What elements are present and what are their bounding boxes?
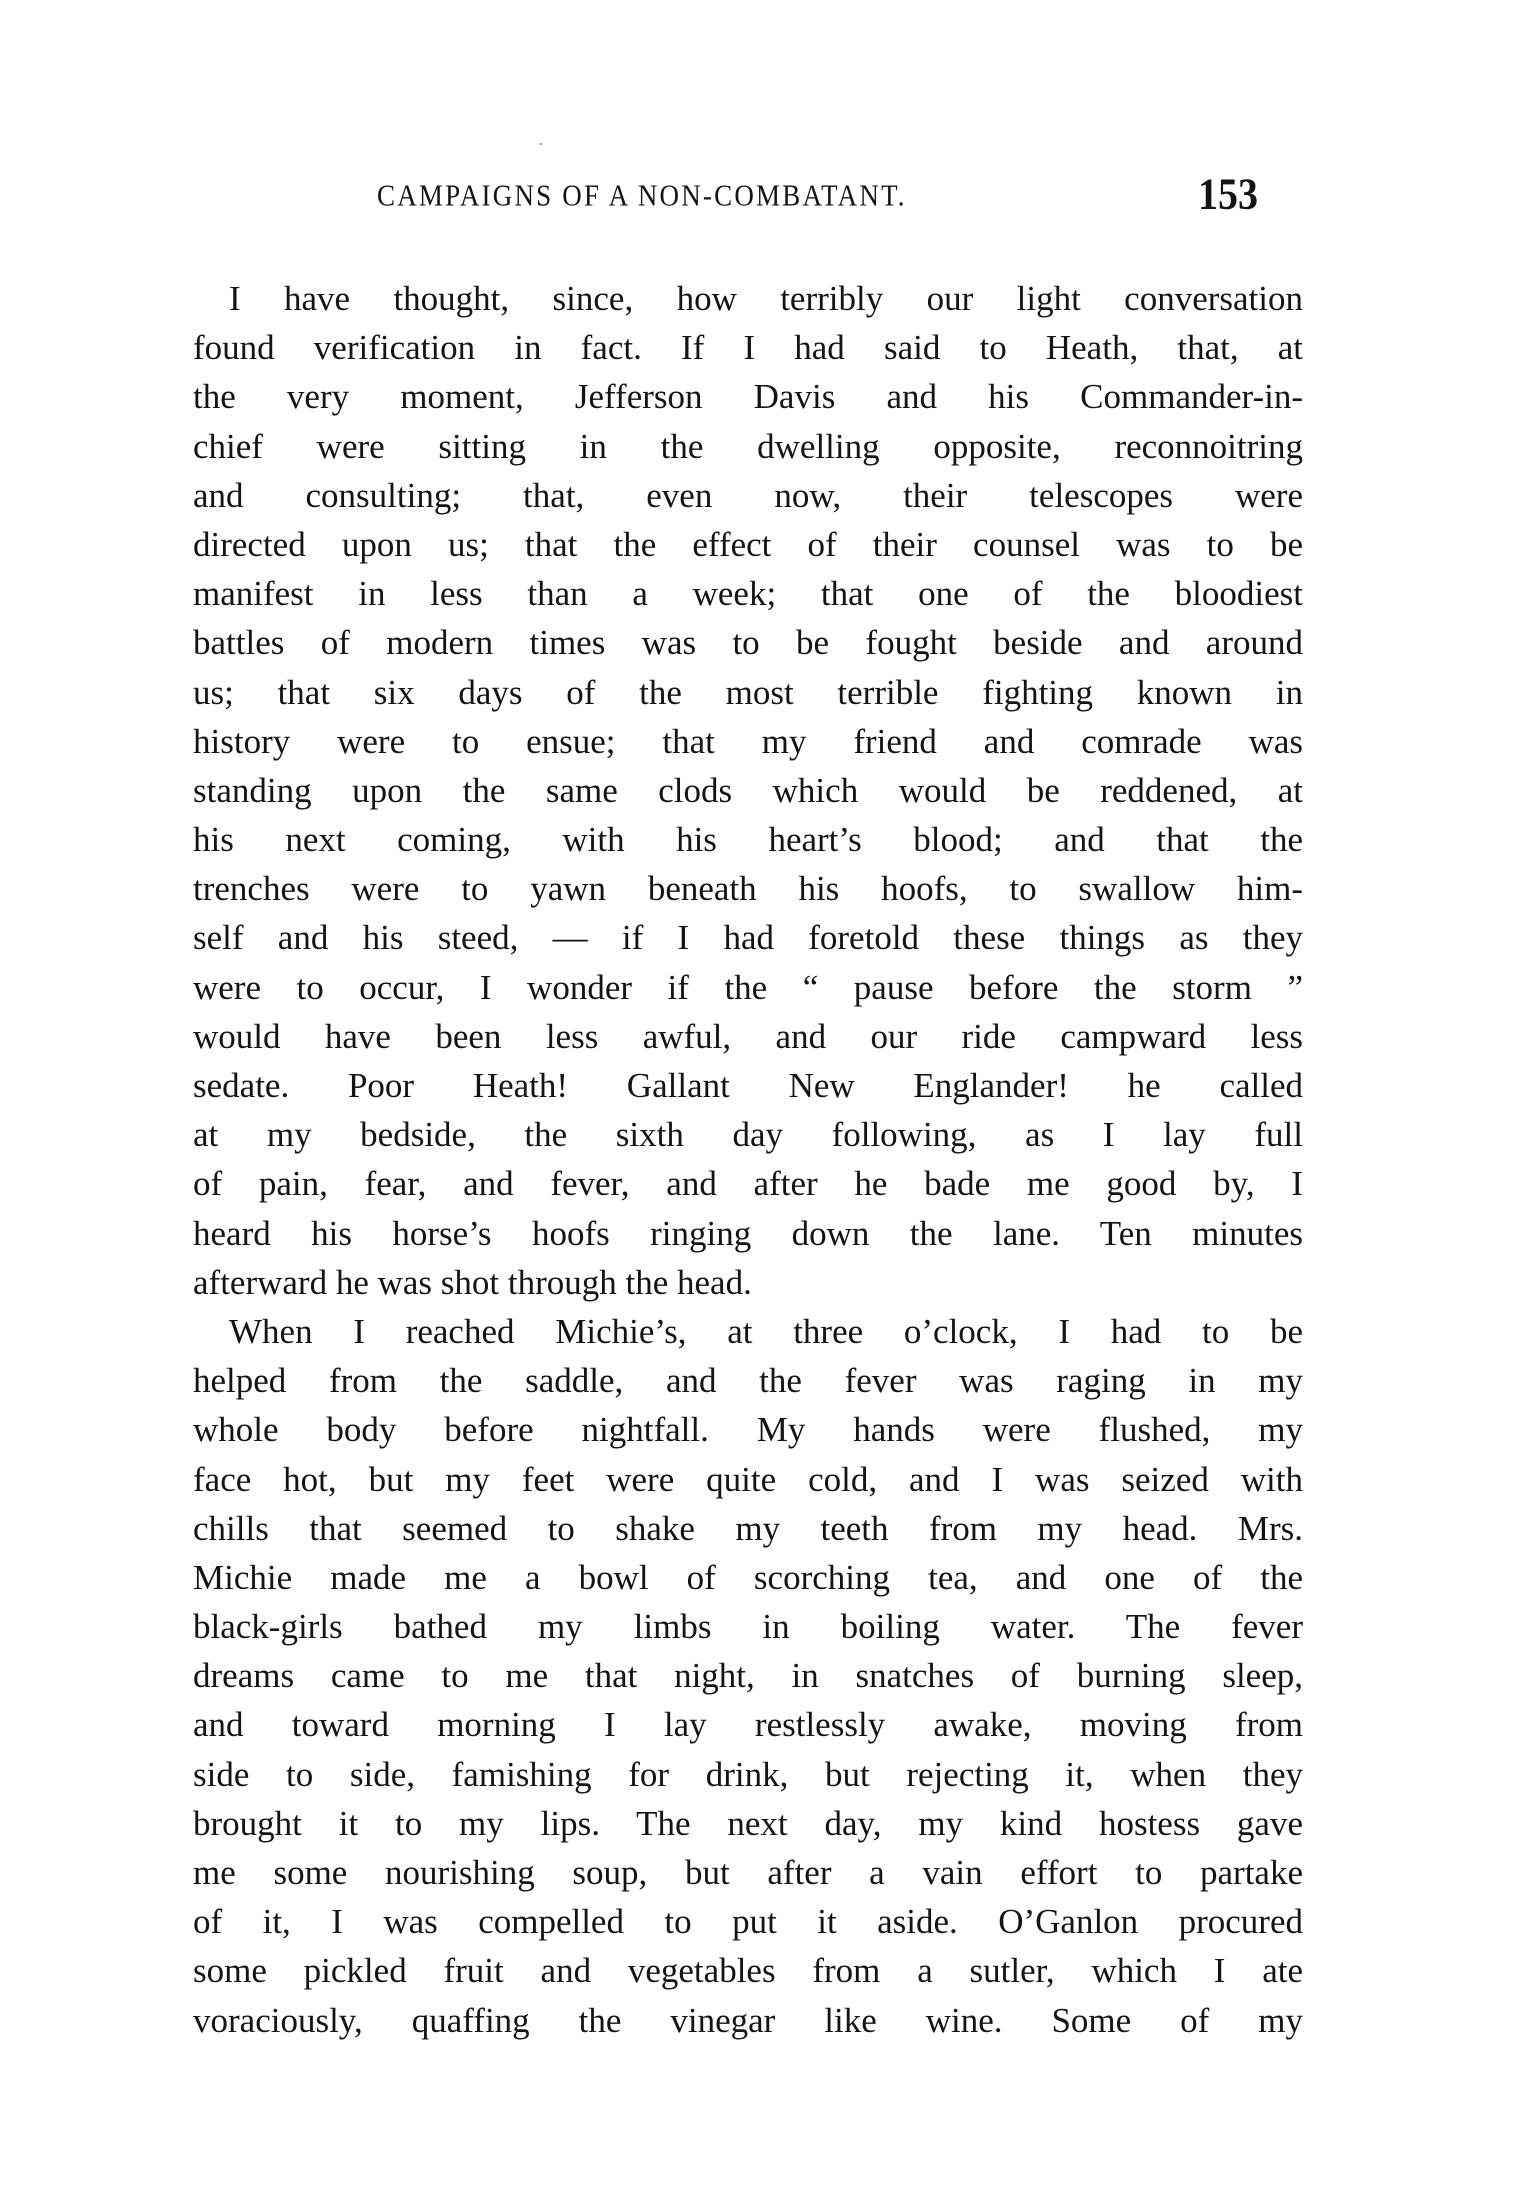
- page-number: 153: [1198, 168, 1258, 220]
- text-line: were to occur, I wonder if the “ pause b…: [193, 963, 1303, 1012]
- text-line: face hot, but my feet were quite cold, a…: [193, 1455, 1303, 1504]
- text-line: at my bedside, the sixth day following, …: [193, 1110, 1303, 1159]
- text-line: black-girls bathed my limbs in boiling w…: [193, 1602, 1303, 1651]
- text-line: battles of modern times was to be fought…: [193, 618, 1303, 667]
- text-line: found verification in fact. If I had sai…: [193, 323, 1303, 372]
- text-line: brought it to my lips. The next day, my …: [193, 1799, 1303, 1848]
- text-line: side to side, famishing for drink, but r…: [193, 1750, 1303, 1799]
- scan-speck: [540, 143, 542, 145]
- text-line: self and his steed, — if I had foretold …: [193, 913, 1303, 962]
- running-header: CAMPAIGNS OF A NON-COMBATANT. 153: [190, 168, 1310, 228]
- text-line: manifest in less than a week; that one o…: [193, 569, 1303, 618]
- text-line: whole body before nightfall. My hands we…: [193, 1405, 1303, 1454]
- text-line: standing upon the same clods which would…: [193, 766, 1303, 815]
- text-line: afterward he was shot through the head.: [193, 1258, 1303, 1307]
- text-line: voraciously, quaffing the vinegar like w…: [193, 1996, 1303, 2045]
- text-line: his next coming, with his heart’s blood;…: [193, 815, 1303, 864]
- text-line: helped from the saddle, and the fever wa…: [193, 1356, 1303, 1405]
- paragraph-1: I have thought, since, how terribly our …: [193, 274, 1303, 1307]
- text-line: and consulting; that, even now, their te…: [193, 471, 1303, 520]
- paragraph-2: When I reached Michie’s, at three o’cloc…: [193, 1307, 1303, 2045]
- text-line: sedate. Poor Heath! Gallant New Englande…: [193, 1061, 1303, 1110]
- text-line: chief were sitting in the dwelling oppos…: [193, 422, 1303, 471]
- text-line: Michie made me a bowl of scorching tea, …: [193, 1553, 1303, 1602]
- text-line: trenches were to yawn beneath his hoofs,…: [193, 864, 1303, 913]
- text-line: and toward morning I lay restlessly awak…: [193, 1700, 1303, 1749]
- text-line: When I reached Michie’s, at three o’cloc…: [193, 1307, 1303, 1356]
- text-line: dreams came to me that night, in snatche…: [193, 1651, 1303, 1700]
- text-line: us; that six days of the most terrible f…: [193, 668, 1303, 717]
- text-line: heard his horse’s hoofs ringing down the…: [193, 1209, 1303, 1258]
- text-line: me some nourishing soup, but after a vai…: [193, 1848, 1303, 1897]
- text-line: would have been less awful, and our ride…: [193, 1012, 1303, 1061]
- text-line: I have thought, since, how terribly our …: [193, 274, 1303, 323]
- text-line: of it, I was compelled to put it aside. …: [193, 1897, 1303, 1946]
- text-line: some pickled fruit and vegetables from a…: [193, 1946, 1303, 1995]
- text-line: the very moment, Jefferson Davis and his…: [193, 372, 1303, 421]
- text-line: of pain, fear, and fever, and after he b…: [193, 1159, 1303, 1208]
- body-text: I have thought, since, how terribly our …: [193, 274, 1303, 2045]
- text-line: history were to ensue; that my friend an…: [193, 717, 1303, 766]
- text-line: directed upon us; that the effect of the…: [193, 520, 1303, 569]
- running-title: CAMPAIGNS OF A NON-COMBATANT.: [377, 178, 907, 214]
- book-page: CAMPAIGNS OF A NON-COMBATANT. 153 I have…: [0, 0, 1516, 2188]
- text-line: chills that seemed to shake my teeth fro…: [193, 1504, 1303, 1553]
